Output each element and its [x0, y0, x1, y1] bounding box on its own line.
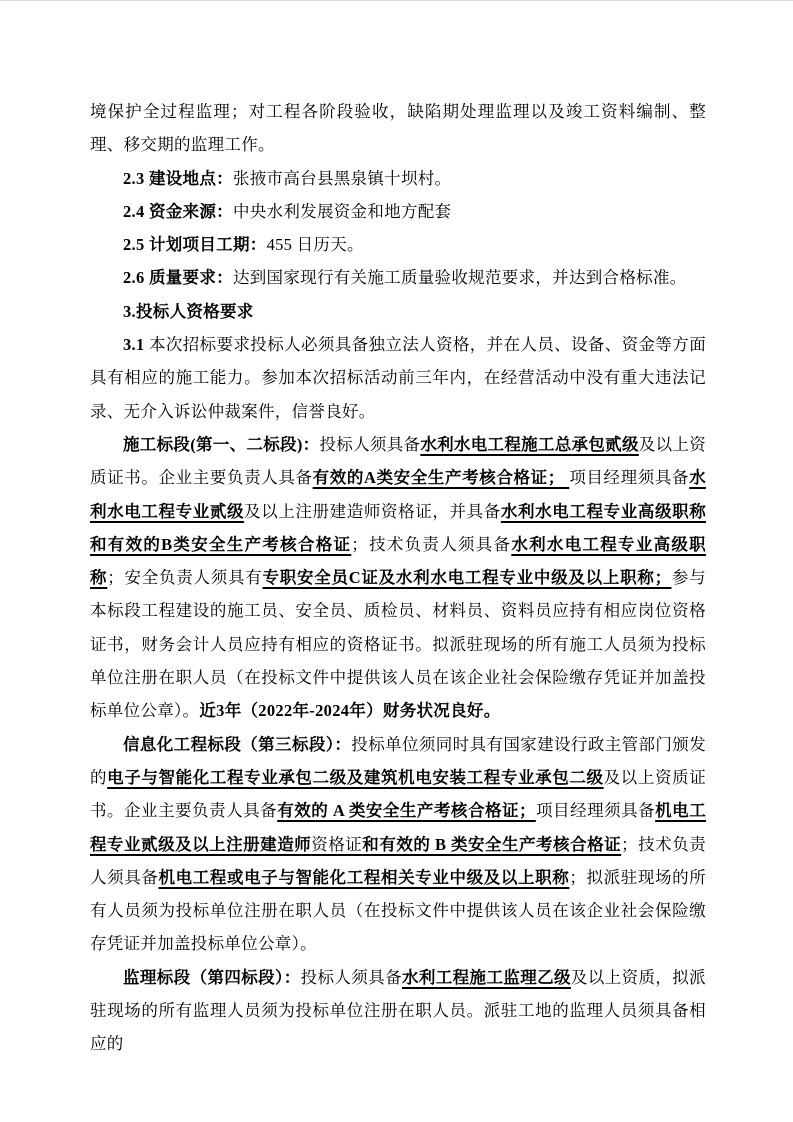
text-run: 和有效的 B 类安全生产考核合格证	[362, 835, 621, 854]
text-run: 境保护全过程监理；对工程各阶段验收，缺陷期处理监理以及竣工资料编制、整理、移交期…	[90, 102, 706, 154]
text-run: 参与本标段工程建设的施工员、安全员、质检员、材料员、资料员应持有相应岗位资格证书…	[90, 568, 706, 720]
para-continuation-supervision-scope: 境保护全过程监理；对工程各阶段验收，缺陷期处理监理以及竣工资料编制、整理、移交期…	[90, 95, 706, 162]
text-run: 信息化工程标段（第三标段）：	[123, 735, 351, 754]
text-run: 资格证	[311, 835, 362, 854]
text-run: 3.1	[123, 335, 149, 354]
text-run: 有效的 A 类安全生产考核合格证；	[277, 801, 536, 820]
text-run: 2.4 资金来源：	[123, 202, 233, 221]
text-run: 本次招标要求投标人必须具备独立法人资格，并在人员、设备、资金等方面具有相应的施工…	[90, 335, 706, 421]
text-run: 电子与智能化工程专业承包二级及建筑机电安装工程专业承包二级	[107, 768, 603, 787]
text-run: 监理标段（第四标段）：	[123, 968, 301, 987]
text-run: ；技术负责人须具备	[351, 535, 511, 554]
para-supervision-section-4: 监理标段（第四标段）：投标人须具备水利工程施工监理乙级及以上资质，拟派驻现场的所…	[90, 961, 706, 1061]
text-run: 项目经理须具备	[569, 468, 689, 487]
para-information-section-3: 信息化工程标段（第三标段）：投标单位须同时具有国家建设行政主管部门颁发的电子与智…	[90, 728, 706, 961]
text-run: 水利工程施工监理乙级	[402, 968, 571, 987]
text-run: 中央水利发展资金和地方配套	[233, 202, 451, 221]
text-run: 投标人须具备	[301, 968, 402, 987]
para-2-4-funding-source: 2.4 资金来源：中央水利发展资金和地方配套	[90, 195, 706, 228]
text-run: 施工标段(第一、二标段)：	[123, 435, 319, 454]
text-run: 机电工程或电子与智能化工程相关专业中级及以上职称	[158, 868, 569, 887]
text-run: 及以上注册建造师资格证，并具备	[244, 502, 501, 521]
text-run: 投标人须具备	[319, 435, 420, 454]
para-2-5-planned-duration: 2.5 计划项目工期：455 日历天。	[90, 228, 706, 261]
page-top-edge	[0, 0, 793, 1]
document-page: 境保护全过程监理；对工程各阶段验收，缺陷期处理监理以及竣工资料编制、整理、移交期…	[0, 0, 793, 1122]
text-run: 455 日历天。	[267, 235, 364, 254]
text-run: 水利水电工程施工总承包贰级	[420, 435, 638, 454]
text-run: ；安全负责人须具有	[107, 568, 262, 587]
text-run: 2.3 建设地点：	[123, 169, 233, 188]
text-run: 近3年（2022年-2024年）财务状况良好。	[199, 701, 500, 720]
text-run: 有效的A类安全生产考核合格证；	[313, 468, 570, 487]
document-body: 境保护全过程监理；对工程各阶段验收，缺陷期处理监理以及竣工资料编制、整理、移交期…	[90, 95, 706, 1061]
para-construction-sections-1-2: 施工标段(第一、二标段)：投标人须具备水利水电工程施工总承包贰级及以上资质证书。…	[90, 428, 706, 728]
text-run: 达到国家现行有关施工质量验收规范要求，并达到合格标准。	[233, 268, 687, 287]
para-3-1-general-qualification: 3.1 本次招标要求投标人必须具备独立法人资格，并在人员、设备、资金等方面具有相…	[90, 328, 706, 428]
text-run: 项目经理须具备	[536, 801, 655, 820]
text-run: 2.5 计划项目工期：	[123, 235, 267, 254]
text-run: 张掖市高台县黑泉镇十坝村。	[233, 169, 451, 188]
para-3-bidder-qualification-heading: 3.投标人资格要求	[90, 295, 706, 328]
text-run: 2.6 质量要求：	[123, 268, 233, 287]
text-run: 专职安全员C证及水利水电工程专业中级及以上职称；	[263, 568, 672, 587]
para-2-6-quality-requirement: 2.6 质量要求：达到国家现行有关施工质量验收规范要求，并达到合格标准。	[90, 261, 706, 294]
para-2-3-construction-location: 2.3 建设地点：张掖市高台县黑泉镇十坝村。	[90, 162, 706, 195]
text-run: 3.投标人资格要求	[123, 302, 254, 321]
